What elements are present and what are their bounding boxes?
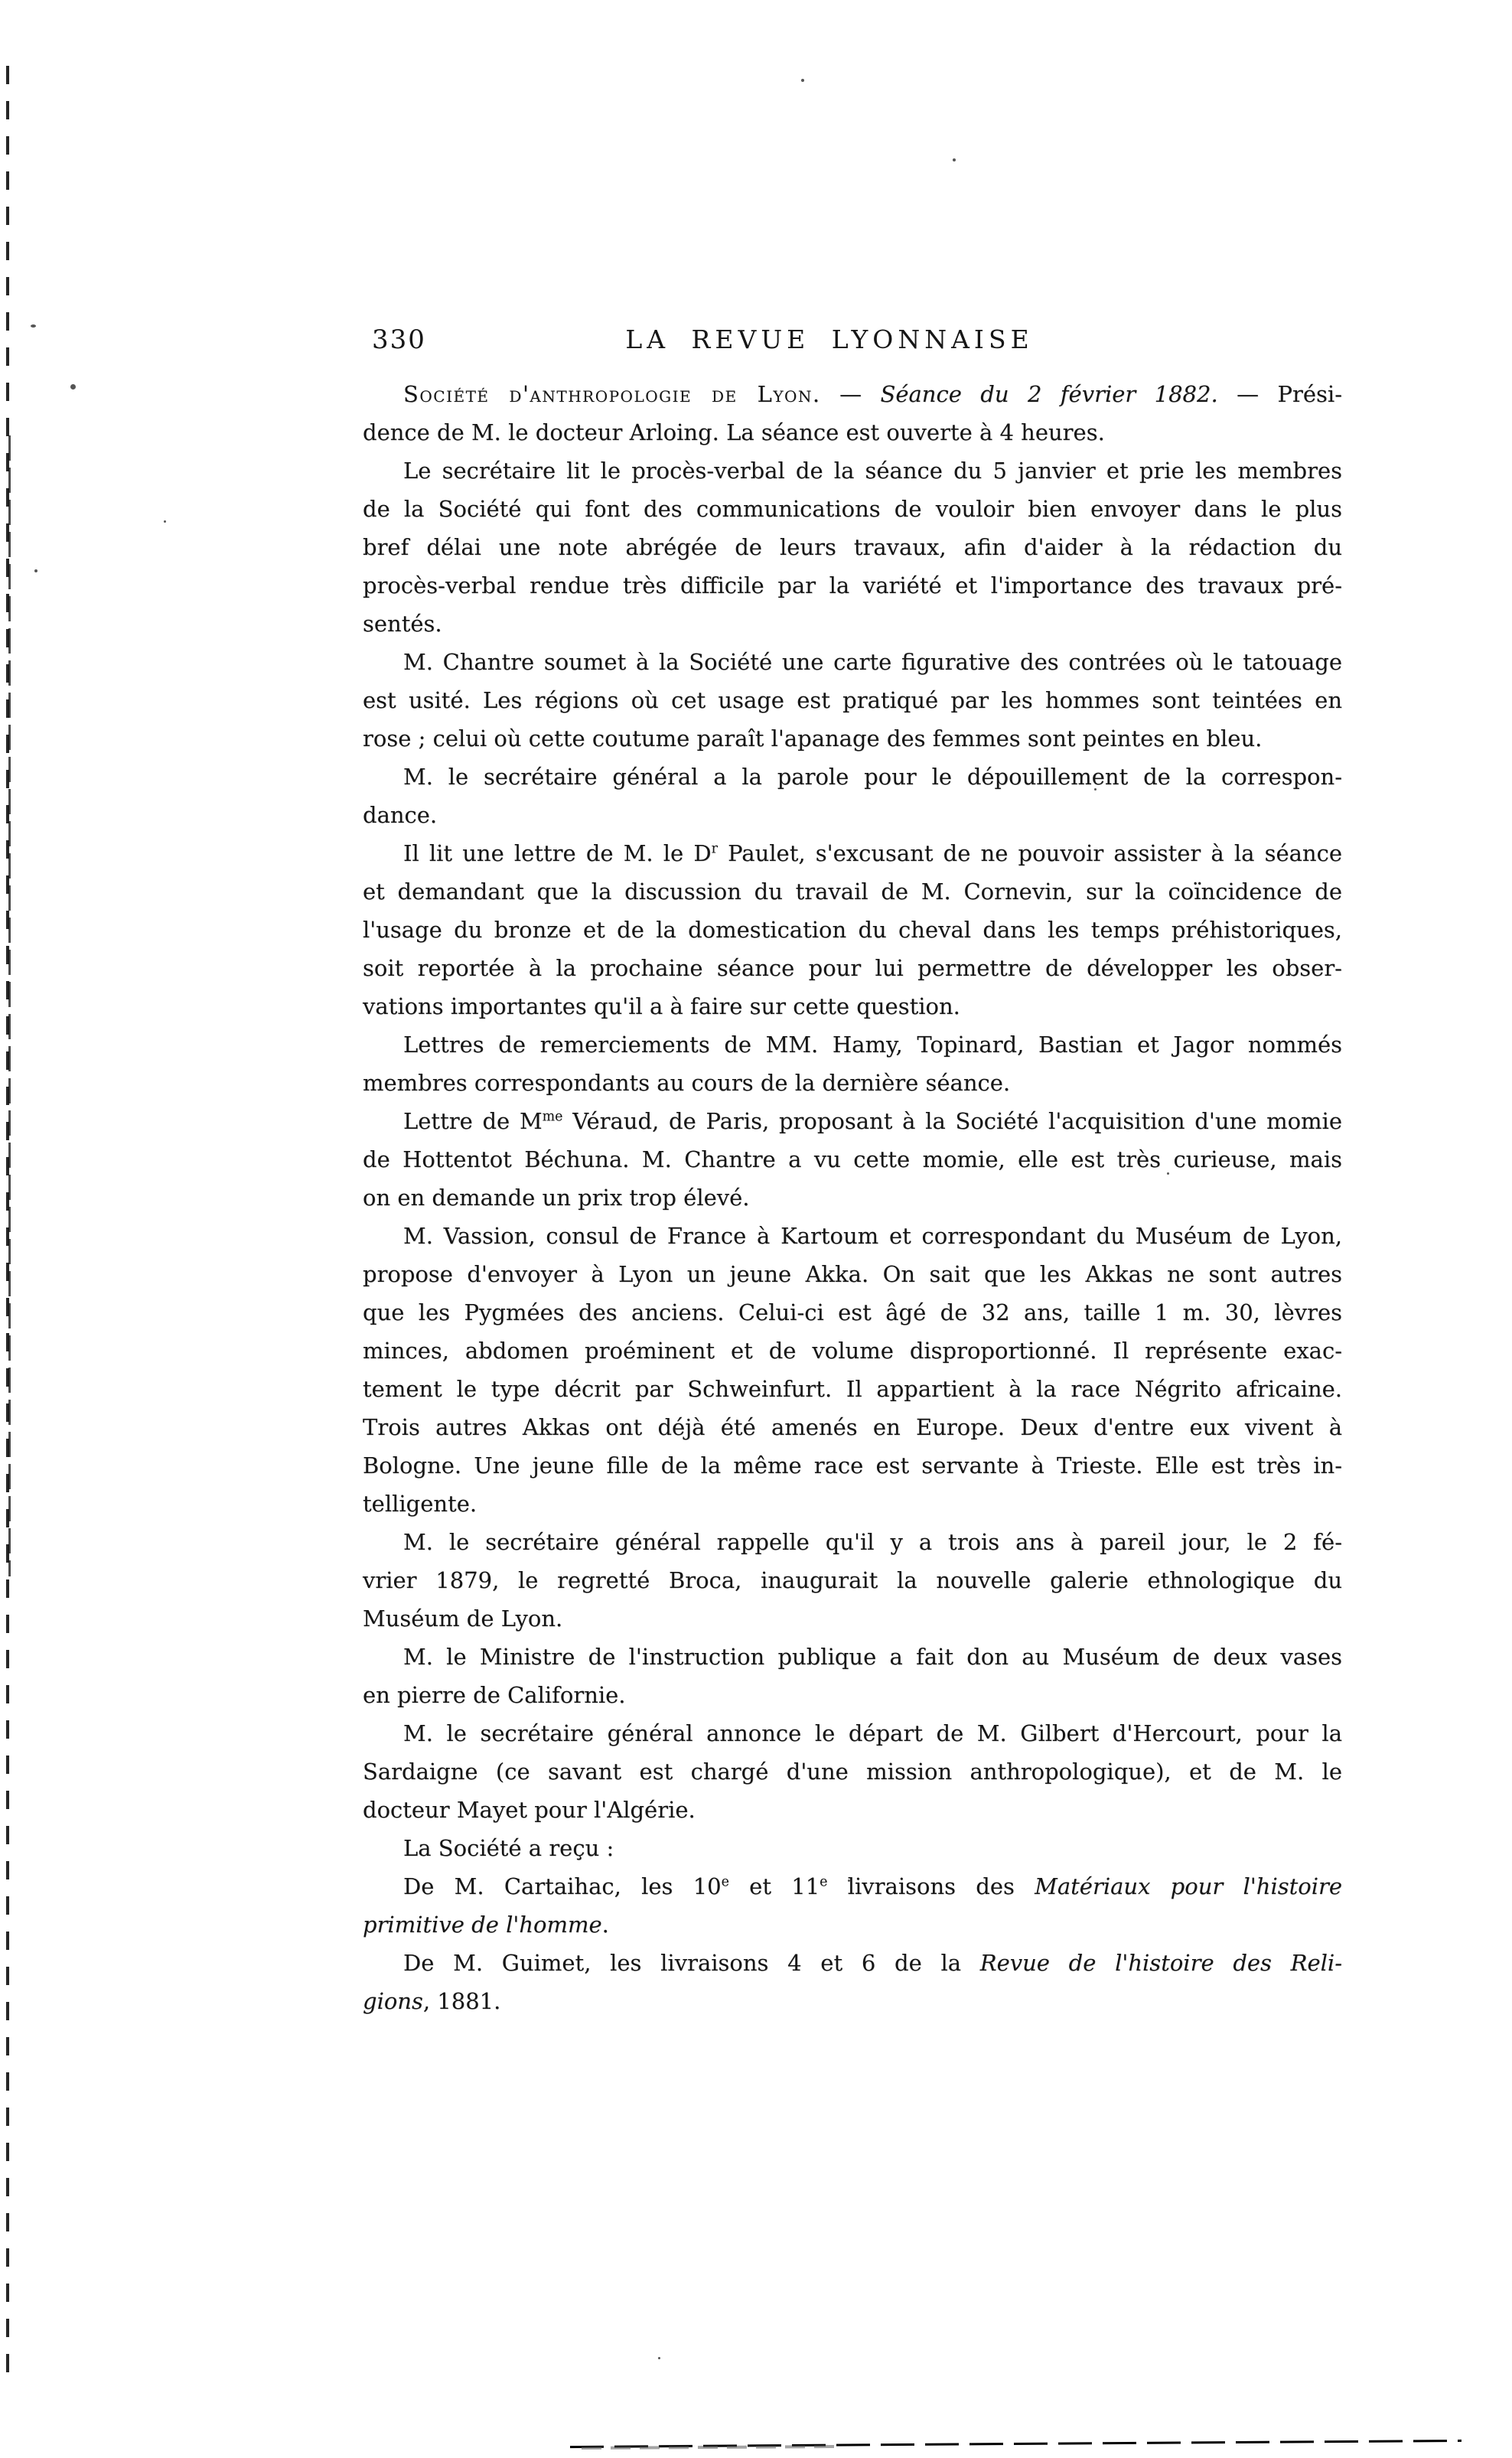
paragraph: De M. Guimet, les livraisons 4 et 6 de l… (363, 1944, 1342, 2020)
ink-speck (953, 158, 956, 161)
text-segment: — (821, 381, 881, 407)
text-segment: Trois autres Akkas ont déjà été amenés e… (363, 1414, 1342, 1440)
paragraph: M. Vassion, consul de France à Kartoum e… (363, 1217, 1342, 1523)
text-line: De M. Guimet, les livraisons 4 et 6 de l… (363, 1944, 1342, 1982)
text-line: sentés. (363, 605, 1342, 643)
text-segment: dence de M. le docteur Arloing. La séanc… (363, 419, 1105, 445)
text-line: M. le secrétaire général rappelle qu'il … (363, 1523, 1342, 1561)
text-segment: Véraud, de Paris, proposant à la Société… (562, 1108, 1342, 1134)
paragraph: Le secrétaire lit le procès-verbal de la… (363, 452, 1342, 643)
page-header: 330 LA REVUE LYONNAISE (363, 324, 1342, 375)
scan-artifact-bottom-edge-faint (582, 2445, 834, 2450)
text-line: Lettres de remerciements de MM. Hamy, To… (363, 1025, 1342, 1064)
text-segment: et 11 (729, 1873, 820, 1899)
text-segment: Lettres de remerciements de MM. Hamy, To… (403, 1032, 1342, 1058)
text-line: Trois autres Akkas ont déjà été amenés e… (363, 1408, 1342, 1446)
paragraph: M. le Ministre de l'instruction publique… (363, 1638, 1342, 1714)
text-line: en pierre de Californie. (363, 1676, 1342, 1714)
text-segment: sentés. (363, 611, 442, 637)
text-line: docteur Mayet pour l'Algérie. (363, 1791, 1342, 1829)
text-line: procès-verbal rendue très difficile par … (363, 566, 1342, 605)
paragraph: Il lit une lettre de M. le Dr Paulet, s'… (363, 834, 1342, 1025)
text-line: Bologne. Une jeune fille de la même race… (363, 1446, 1342, 1485)
paragraph: Société d'anthropologie de Lyon. — Séanc… (363, 375, 1342, 452)
text-line: dence de M. le docteur Arloing. La séanc… (363, 413, 1342, 452)
text-line: on en demande un prix trop élevé. (363, 1178, 1342, 1217)
text-block: 330 LA REVUE LYONNAISE Société d'anthrop… (363, 324, 1342, 2020)
text-segment: M. Chantre soumet à la Société une carte… (403, 649, 1342, 675)
text-line: propose d'envoyer à Lyon un jeune Akka. … (363, 1255, 1342, 1293)
text-segment: Paulet, s'excusant de ne pouvoir assiste… (718, 840, 1342, 866)
text-segment: . (602, 1912, 609, 1938)
text-segment: Revue de l'histoire des Reli- (980, 1950, 1342, 1976)
text-line: dance. (363, 796, 1342, 834)
text-line: membres correspondants au cours de la de… (363, 1064, 1342, 1102)
text-line: primitive de l'homme. (363, 1905, 1342, 1944)
paragraph: La Société a reçu : (363, 1829, 1342, 1867)
paragraph: M. le secrétaire général rappelle qu'il … (363, 1523, 1342, 1638)
text-line: Lettre de Mme Véraud, de Paris, proposan… (363, 1102, 1342, 1140)
text-segment: Matériaux pour l'histoire (1035, 1873, 1342, 1899)
paragraph: De M. Cartaihac, les 10e et 11e livraiso… (363, 1867, 1342, 1944)
scan-artifact-left-edge-dark (8, 429, 11, 1576)
text-line: gions, 1881. (363, 1982, 1342, 2020)
body-text: Société d'anthropologie de Lyon. — Séanc… (363, 375, 1342, 2020)
text-segment: bref délai une note abrégée de leurs tra… (363, 534, 1342, 560)
text-segment: livraisons des (827, 1873, 1035, 1899)
superscript: r (712, 841, 718, 856)
text-line: et demandant que la discussion du travai… (363, 872, 1342, 911)
text-segment: telligente. (363, 1491, 477, 1517)
text-segment: La Société a reçu : (403, 1835, 614, 1861)
text-line: De M. Cartaihac, les 10e et 11e livraiso… (363, 1867, 1342, 1905)
text-segment: M. le secrétaire général a la parole pou… (403, 764, 1342, 790)
text-segment: M. le Ministre de l'instruction publique… (403, 1644, 1342, 1670)
text-line: Il lit une lettre de M. le Dr Paulet, s'… (363, 834, 1342, 872)
text-segment: — Prési- (1218, 381, 1342, 407)
text-line: Le secrétaire lit le procès-verbal de la… (363, 452, 1342, 490)
text-segment: M. Vassion, consul de France à Kartoum e… (403, 1223, 1342, 1249)
text-segment: minces, abdomen proéminent et de volume … (363, 1338, 1342, 1364)
text-line: vrier 1879, le regretté Broca, inaugurai… (363, 1561, 1342, 1599)
text-segment: membres correspondants au cours de la de… (363, 1070, 1010, 1096)
text-segment: docteur Mayet pour l'Algérie. (363, 1797, 696, 1823)
paragraph: M. Chantre soumet à la Société une carte… (363, 643, 1342, 758)
ink-speck (34, 569, 37, 572)
text-segment: de la Société qui font des communication… (363, 496, 1342, 522)
text-segment: Séance du 2 février 1882. (880, 381, 1217, 407)
text-segment: soit reportée à la prochaine séance pour… (363, 955, 1342, 981)
ink-speck (70, 384, 76, 390)
paragraph: Lettres de remerciements de MM. Hamy, To… (363, 1025, 1342, 1102)
ink-speck (164, 520, 166, 523)
text-segment: Il lit une lettre de M. le D (403, 840, 712, 866)
ink-speck (801, 79, 804, 82)
paragraph: M. le secrétaire général annonce le dépa… (363, 1714, 1342, 1829)
text-line: est usité. Les régions où cet usage est … (363, 681, 1342, 719)
paragraph: M. le secrétaire général a la parole pou… (363, 758, 1342, 834)
text-line: minces, abdomen proéminent et de volume … (363, 1332, 1342, 1370)
text-segment: l'usage du bronze et de la domestication… (363, 917, 1342, 943)
text-segment: De M. Cartaihac, les 10 (403, 1873, 722, 1899)
text-segment: De M. Guimet, les livraisons 4 et 6 de l… (403, 1950, 980, 1976)
text-segment: Lettre de M (403, 1108, 543, 1134)
paragraph: Lettre de Mme Véraud, de Paris, proposan… (363, 1102, 1342, 1217)
text-segment: Muséum de Lyon. (363, 1606, 562, 1632)
text-line: de Hottentot Béchuna. M. Chantre a vu ce… (363, 1140, 1342, 1178)
text-line: Sardaigne (ce savant est chargé d'une mi… (363, 1752, 1342, 1791)
text-line: Muséum de Lyon. (363, 1599, 1342, 1638)
text-line: vations importantes qu'il a à faire sur … (363, 987, 1342, 1025)
text-segment: Bologne. Une jeune fille de la même race… (363, 1452, 1342, 1478)
text-line: tement le type décrit par Schweinfurt. I… (363, 1370, 1342, 1408)
text-segment: on en demande un prix trop élevé. (363, 1185, 750, 1211)
text-line: M. le secrétaire général annonce le dépa… (363, 1714, 1342, 1752)
superscript: e (722, 1874, 729, 1889)
text-segment: procès-verbal rendue très difficile par … (363, 572, 1342, 598)
text-segment: que les Pygmées des anciens. Celui-ci es… (363, 1299, 1342, 1325)
running-title: LA REVUE LYONNAISE (363, 324, 1296, 355)
text-line: La Société a reçu : (363, 1829, 1342, 1867)
text-line: Société d'anthropologie de Lyon. — Séanc… (363, 375, 1342, 413)
text-segment: M. le secrétaire général rappelle qu'il … (403, 1529, 1342, 1555)
text-line: telligente. (363, 1485, 1342, 1523)
text-segment: est usité. Les régions où cet usage est … (363, 687, 1342, 713)
text-segment: et demandant que la discussion du travai… (363, 879, 1342, 905)
scanned-document-page: 330 LA REVUE LYONNAISE Société d'anthrop… (0, 0, 1512, 2458)
text-segment: dance. (363, 802, 437, 828)
text-segment: M. le secrétaire général annonce le dépa… (403, 1720, 1342, 1746)
text-line: rose ; celui où cette coutume paraît l'a… (363, 719, 1342, 758)
text-segment: primitive de l'homme (363, 1912, 602, 1938)
text-line: l'usage du bronze et de la domestication… (363, 911, 1342, 949)
text-segment: , 1881. (423, 1988, 500, 2014)
text-line: M. le secrétaire général a la parole pou… (363, 758, 1342, 796)
ink-speck (658, 2357, 660, 2359)
superscript: me (543, 1109, 563, 1124)
text-segment: Sardaigne (ce savant est chargé d'une mi… (363, 1759, 1342, 1785)
text-line: que les Pygmées des anciens. Celui-ci es… (363, 1293, 1342, 1332)
ink-speck (31, 324, 36, 328)
text-line: M. Chantre soumet à la Société une carte… (363, 643, 1342, 681)
text-segment: vations importantes qu'il a à faire sur … (363, 993, 960, 1019)
text-segment: Société d'anthropologie de Lyon. (403, 381, 821, 407)
text-segment: de Hottentot Béchuna. M. Chantre a vu ce… (363, 1146, 1342, 1172)
text-segment: rose ; celui où cette coutume paraît l'a… (363, 725, 1262, 751)
text-line: soit reportée à la prochaine séance pour… (363, 949, 1342, 987)
text-segment: Le secrétaire lit le procès-verbal de la… (403, 458, 1342, 484)
text-line: M. Vassion, consul de France à Kartoum e… (363, 1217, 1342, 1255)
text-segment: en pierre de Californie. (363, 1682, 626, 1708)
text-line: bref délai une note abrégée de leurs tra… (363, 528, 1342, 566)
text-segment: propose d'envoyer à Lyon un jeune Akka. … (363, 1261, 1342, 1287)
text-segment: vrier 1879, le regretté Broca, inaugurai… (363, 1567, 1342, 1593)
text-line: de la Société qui font des communication… (363, 490, 1342, 528)
text-line: M. le Ministre de l'instruction publique… (363, 1638, 1342, 1676)
superscript: e (820, 1874, 827, 1889)
text-segment: tement le type décrit par Schweinfurt. I… (363, 1376, 1342, 1402)
text-segment: gions (363, 1988, 423, 2014)
